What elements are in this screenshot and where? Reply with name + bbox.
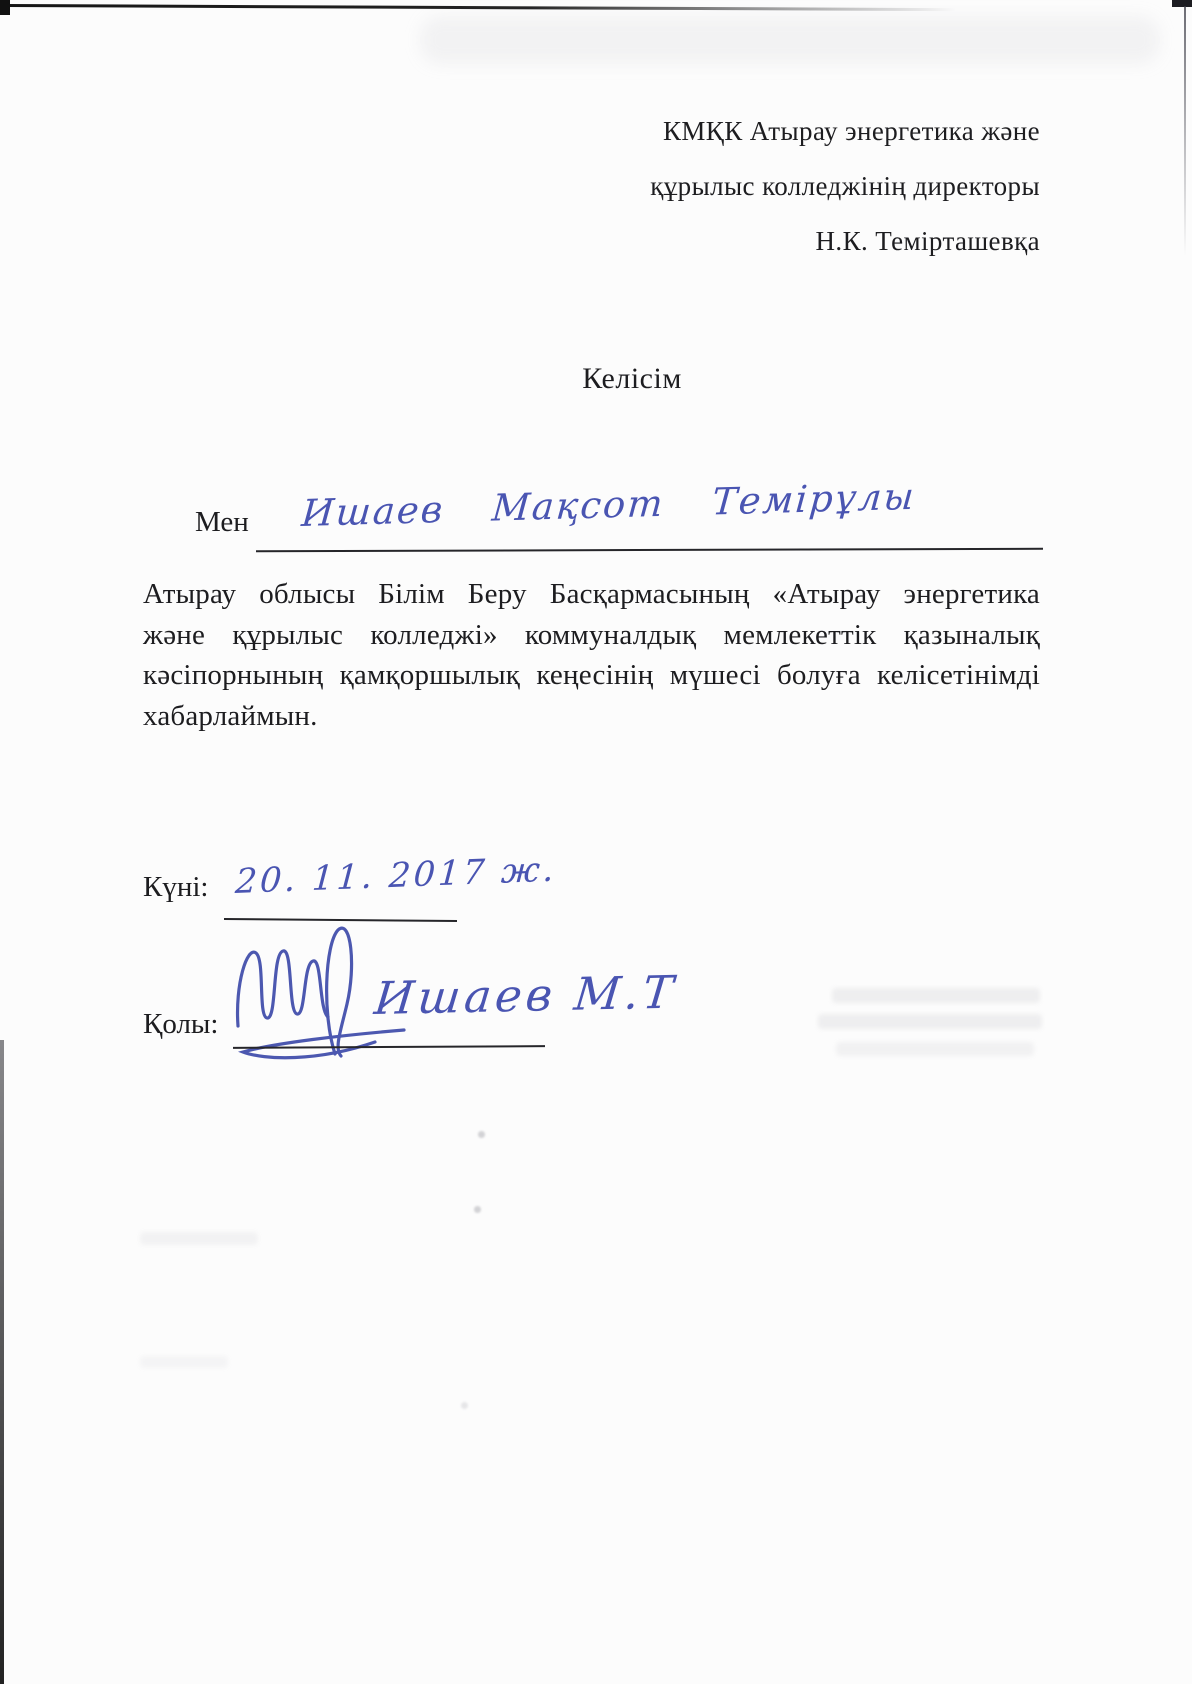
scan-artifact-top-edge (6, 4, 956, 11)
statement-line-2: және құрылыс колледжі» коммуналдық мемле… (143, 615, 1040, 656)
bleed-through-mark (140, 1232, 258, 1245)
handwritten-name: Ишаев Мақсот Темірұлы (300, 474, 943, 535)
scan-speck (474, 1206, 481, 1213)
bleed-through-mark (818, 1014, 1042, 1029)
bleed-through-mark (140, 1356, 228, 1368)
lead-label: Мен (195, 506, 249, 539)
scan-artifact-top-left-corner (0, 0, 10, 15)
handwritten-date: 20. 11. 2017 ж. (234, 850, 558, 902)
addressee-line-3: Н.К. Темірташевқа (400, 214, 1040, 269)
scan-artifact-right-edge (1184, 6, 1186, 256)
statement-line-4: хабарлаймын. (143, 696, 1040, 737)
document-title: Келісім (36, 362, 1192, 396)
date-label: Күні: (143, 871, 208, 904)
statement-paragraph: Атырау облысы Білім Беру Басқармасының «… (143, 574, 1040, 736)
addressee-block: КМҚК Атырау энергетика және құрылыс колл… (400, 104, 1040, 269)
scan-artifact-shading (420, 16, 1160, 64)
signature-label: Қолы: (143, 1008, 218, 1041)
statement-line-1: Атырау облысы Білім Беру Басқармасының «… (143, 574, 1040, 615)
scan-speck (461, 1402, 468, 1409)
addressee-line-2: құрылыс колледжінің директоры (400, 159, 1040, 214)
bleed-through-mark (836, 1042, 1034, 1056)
bleed-through-mark (832, 988, 1040, 1003)
scan-speck (478, 1131, 485, 1138)
statement-line-3: кәсіпорнының қамқоршылық кеңесінің мүшес… (143, 655, 1040, 696)
scan-artifact-top-right-corner (1172, 0, 1192, 7)
name-underline (256, 548, 1043, 552)
handwritten-signature: Ишаев М.Т (372, 966, 680, 1025)
scanned-document-page: КМҚК Атырау энергетика және құрылыс колл… (0, 0, 1192, 1684)
scan-artifact-left-edge (0, 1040, 4, 1684)
addressee-line-1: КМҚК Атырау энергетика және (400, 104, 1040, 159)
